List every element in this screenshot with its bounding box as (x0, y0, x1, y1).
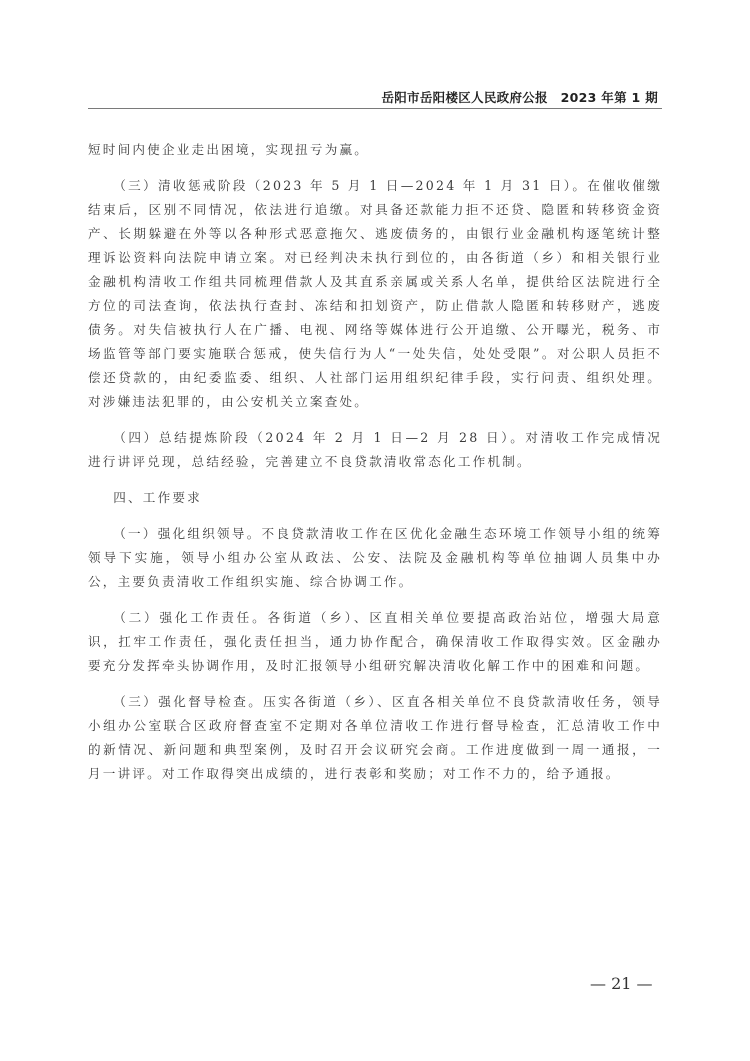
page-header: 岳阳市岳阳楼区人民政府公报 2023 年第 1 期 (88, 86, 662, 109)
gazette-title: 岳阳市岳阳楼区人民政府公报 2023 年第 1 期 (381, 88, 658, 106)
paragraph-stage-4: （四）总结提炼阶段（2024 年 2 月 1 日—2 月 28 日）。对清收工作… (88, 426, 662, 474)
paragraph-requirement-2: （二）强化工作责任。各街道（乡）、区直相关单位要提高政治站位，增强大局意识，扛牢… (88, 606, 662, 678)
paragraph-requirement-1: （一）强化组织领导。不良贷款清收工作在区优化金融生态环境工作领导小组的统筹领导下… (88, 522, 662, 594)
continuation-paragraph: 短时间内使企业走出困境，实现扭亏为赢。 (88, 138, 662, 162)
page-number: — 21 — (590, 974, 653, 993)
document-page: 岳阳市岳阳楼区人民政府公报 2023 年第 1 期 短时间内使企业走出困境，实现… (0, 0, 750, 1061)
paragraph-stage-3: （三）清收惩戒阶段（2023 年 5 月 1 日—2024 年 1 月 31 日… (88, 174, 662, 414)
document-body: 短时间内使企业走出困境，实现扭亏为赢。 （三）清收惩戒阶段（2023 年 5 月… (88, 138, 662, 798)
section-heading-work-requirements: 四、工作要求 (88, 486, 662, 510)
paragraph-requirement-3: （三）强化督导检查。压实各街道（乡）、区直各相关单位不良贷款清收任务，领导小组办… (88, 690, 662, 786)
